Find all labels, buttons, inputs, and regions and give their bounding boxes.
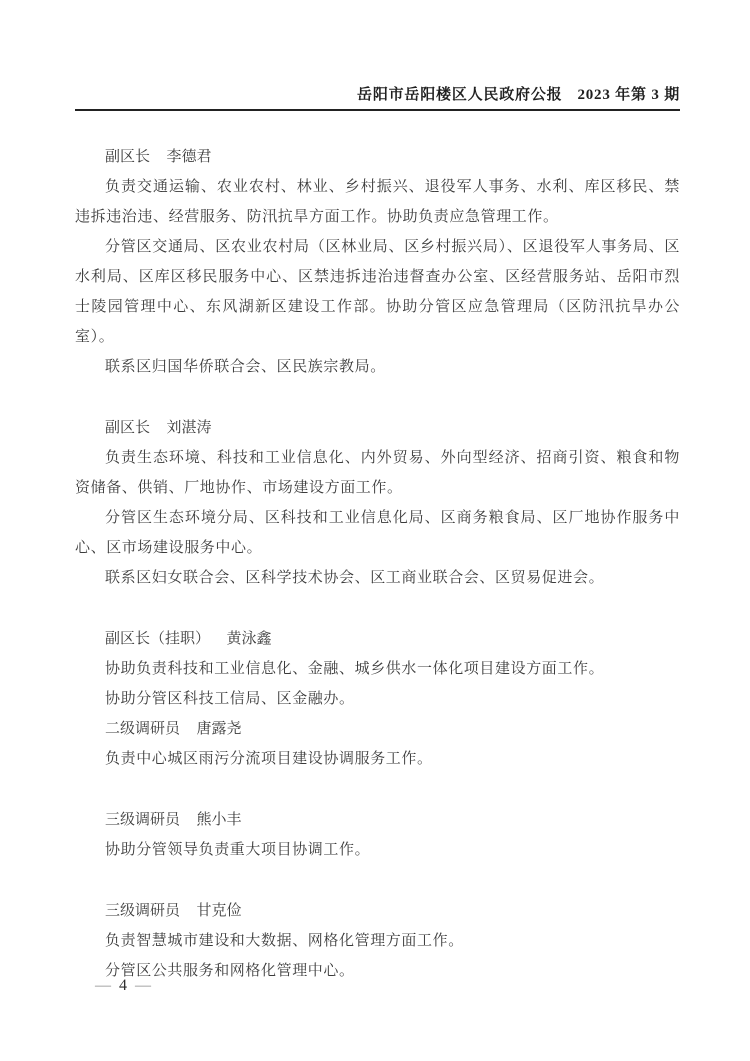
official-name: 刘湛涛 bbox=[167, 420, 212, 436]
footer-dash-left: — bbox=[88, 977, 119, 994]
official-section-tangluyao: 二级调研员唐露尧 负责中心城区雨污分流项目建设协调服务工作。 bbox=[75, 714, 680, 774]
page-number: 4 bbox=[119, 977, 128, 994]
duty-paragraph: 联系区妇女联合会、区科学技术协会、区工商业联合会、区贸易促进会。 bbox=[75, 563, 680, 593]
official-section-liuzhantao: 副区长刘湛涛 负责生态环境、科技和工业信息化、内外贸易、外向型经济、招商引资、粮… bbox=[75, 413, 680, 593]
official-role: 二级调研员 bbox=[105, 721, 180, 737]
official-role: 三级调研员 bbox=[105, 812, 180, 828]
official-name: 李德君 bbox=[167, 149, 212, 165]
duty-paragraph: 负责智慧城市建设和大数据、网格化管理方面工作。 bbox=[75, 926, 680, 956]
duty-paragraph: 分管区公共服务和网格化管理中心。 bbox=[75, 956, 680, 986]
official-name: 甘克俭 bbox=[197, 903, 242, 919]
duty-paragraph: 负责生态环境、科技和工业信息化、内外贸易、外向型经济、招商引资、粮食和物资储备、… bbox=[75, 443, 680, 503]
duty-paragraph: 协助负责科技和工业信息化、金融、城乡供水一体化项目建设方面工作。 bbox=[75, 654, 680, 684]
duty-paragraph: 协助分管领导负责重大项目协调工作。 bbox=[75, 835, 680, 865]
official-title-line: 副区长（挂职）黄泳鑫 bbox=[75, 624, 680, 654]
official-role: 副区长（挂职） bbox=[105, 631, 210, 647]
official-role: 三级调研员 bbox=[105, 903, 180, 919]
duty-paragraph: 分管区生态环境分局、区科技和工业信息化局、区商务粮食局、区厂地协作服务中心、区市… bbox=[75, 503, 680, 563]
footer-dash-right: — bbox=[128, 977, 159, 994]
official-name: 唐露尧 bbox=[197, 721, 242, 737]
page-footer: —4— bbox=[88, 977, 159, 995]
duty-paragraph: 协助分管区科技工信局、区金融办。 bbox=[75, 684, 680, 714]
duty-paragraph: 负责中心城区雨污分流项目建设协调服务工作。 bbox=[75, 744, 680, 774]
duty-paragraph: 联系区归国华侨联合会、区民族宗教局。 bbox=[75, 352, 680, 382]
official-role: 副区长 bbox=[105, 149, 150, 165]
gazette-title: 岳阳市岳阳楼区人民政府公报 bbox=[357, 87, 562, 103]
duty-paragraph: 负责交通运输、农业农村、林业、乡村振兴、退役军人事务、水利、库区移民、禁违拆违治… bbox=[75, 172, 680, 232]
official-section-gankejian: 三级调研员甘克俭 负责智慧城市建设和大数据、网格化管理方面工作。 分管区公共服务… bbox=[75, 896, 680, 986]
gazette-header: 岳阳市岳阳楼区人民政府公报2023 年第 3 期 bbox=[75, 86, 680, 109]
official-title-line: 三级调研员熊小丰 bbox=[75, 805, 680, 835]
official-section-lidejun: 副区长李德君 负责交通运输、农业农村、林业、乡村振兴、退役军人事务、水利、库区移… bbox=[75, 142, 680, 382]
document-body: 副区长李德君 负责交通运输、农业农村、林业、乡村振兴、退役军人事务、水利、库区移… bbox=[75, 142, 680, 986]
duty-paragraph: 分管区交通局、区农业农村局（区林业局、区乡村振兴局）、区退役军人事务局、区水利局… bbox=[75, 232, 680, 352]
official-section-xiongxiaofeng: 三级调研员熊小丰 协助分管领导负责重大项目协调工作。 bbox=[75, 805, 680, 865]
official-role: 副区长 bbox=[105, 420, 150, 436]
issue-label: 2023 年第 3 期 bbox=[577, 87, 680, 103]
document-page: 岳阳市岳阳楼区人民政府公报2023 年第 3 期 副区长李德君 负责交通运输、农… bbox=[0, 0, 750, 1061]
official-title-line: 副区长刘湛涛 bbox=[75, 413, 680, 443]
header-rule bbox=[75, 109, 680, 111]
official-title-line: 副区长李德君 bbox=[75, 142, 680, 172]
official-name: 黄泳鑫 bbox=[227, 631, 272, 647]
official-section-huangyongxin: 副区长（挂职）黄泳鑫 协助负责科技和工业信息化、金融、城乡供水一体化项目建设方面… bbox=[75, 624, 680, 714]
official-name: 熊小丰 bbox=[197, 812, 242, 828]
official-title-line: 三级调研员甘克俭 bbox=[75, 896, 680, 926]
official-title-line: 二级调研员唐露尧 bbox=[75, 714, 680, 744]
